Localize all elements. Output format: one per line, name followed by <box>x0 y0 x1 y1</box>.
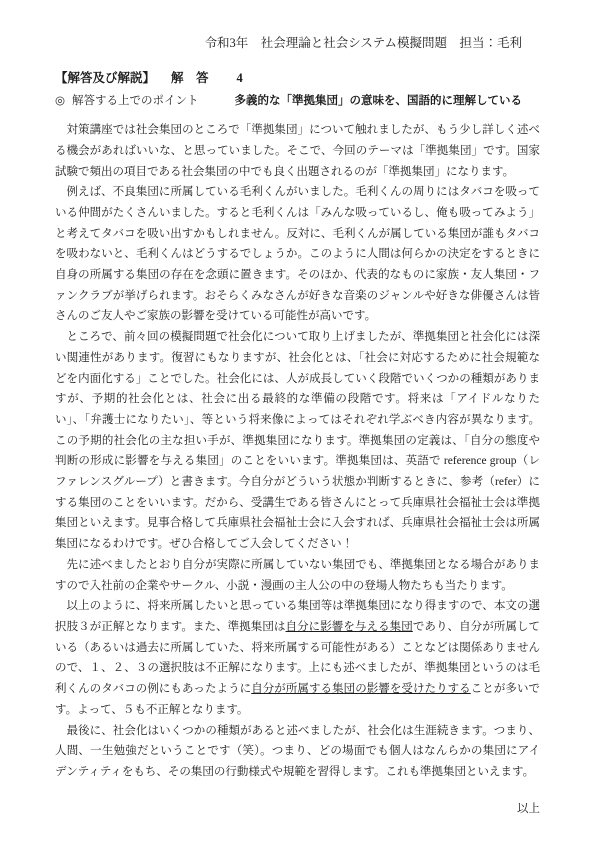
closing-text: 以上 <box>55 799 540 820</box>
text-segment: 最後に、社会化はいくつかの種類があると述べましたが、社会化は生涯続きます。つまり… <box>55 725 540 778</box>
point-marker-icon: ◎ <box>55 95 65 107</box>
document-title: 令和3年 社会理論と社会システム模擬問題 担当：毛利 <box>55 33 540 54</box>
paragraph-6: 最後に、社会化はいくつかの種類があると述べましたが、社会化は生涯続きます。つまり… <box>55 721 540 783</box>
answer-heading-label: 【解答及び解説】 <box>55 71 155 85</box>
paragraph-2: 例えば、不良集団に所属している毛利くんがいました。毛利くんの周りにはタバコを吸っ… <box>55 182 540 327</box>
underlined-phrase: 自分が所属する集団の影響を受けたりする <box>251 683 471 695</box>
text-segment: ところで、前々回の模擬問題で社会化について取り上げましたが、準拠集団と社会化には… <box>55 331 540 550</box>
paragraph-5: 以上のように、将来所属したいと思っている集団等は準拠集団になり得ますので、本文の… <box>55 596 540 720</box>
point-label: 解答する上でのポイント <box>72 95 199 107</box>
paragraph-3: ところで、前々回の模擬問題で社会化について取り上げましたが、準拠集団と社会化には… <box>55 327 540 555</box>
paragraph-4: 先に述べましたとおり自分が実際に所属していない集団でも、準拠集団となる場合があり… <box>55 555 540 596</box>
answer-label: 解 答 <box>171 71 209 85</box>
document-page: 令和3年 社会理論と社会システム模擬問題 担当：毛利 【解答及び解説】解 答4 … <box>0 0 595 841</box>
answer-value: 4 <box>237 71 243 85</box>
paragraph-1: 対策講座では社会集団のところで「準拠集団」について触れましたが、もう少し詳しく述… <box>55 120 540 182</box>
point-line: ◎解答する上でのポイント多義的な「準拠集団」の意味を、国語的に理解している <box>55 91 540 112</box>
paragraphs: 対策講座では社会集団のところで「準拠集団」について触れましたが、もう少し詳しく述… <box>55 120 540 783</box>
answer-heading: 【解答及び解説】解 答4 <box>55 68 540 89</box>
text-segment: 例えば、不良集団に所属している毛利くんがいました。毛利くんの周りにはタバコを吸っ… <box>55 186 540 322</box>
underlined-phrase: 自分に影響を与える集団 <box>286 621 413 633</box>
point-text: 多義的な「準拠集団」の意味を、国語的に理解している <box>235 95 523 107</box>
text-segment: 先に述べましたとおり自分が実際に所属していない集団でも、準拠集団となる場合があり… <box>55 559 540 592</box>
text-segment: 対策講座では社会集団のところで「準拠集団」について触れましたが、もう少し詳しく述… <box>55 124 540 177</box>
